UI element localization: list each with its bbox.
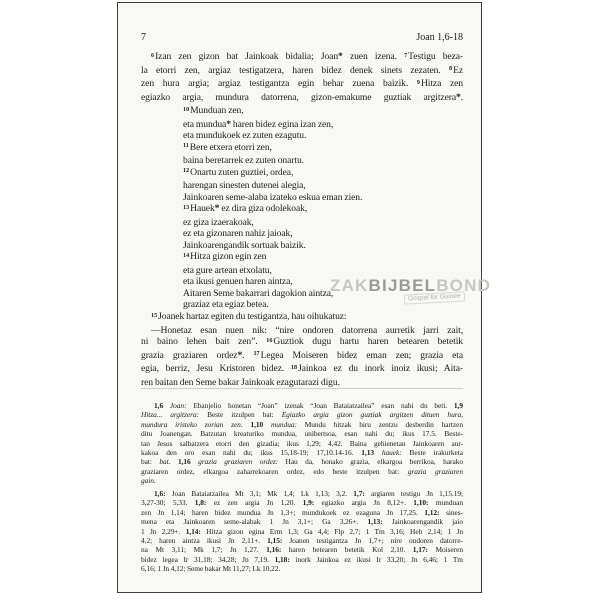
text-line: ni baino lehen bait zen”. 16Guztiok dugu… — [141, 336, 463, 350]
bible-page: ZAKBIJBELBOND Gospel for Guinee 7 Joan 1… — [117, 2, 482, 593]
text-segment: 6,16; 1 Jn 4,12; Seme bakar Mt 11,27; Lk… — [141, 564, 280, 573]
text-line: gain. — [141, 476, 463, 485]
text-segment: egiazko argia, mundura datorrena, gizon-… — [141, 92, 456, 103]
text-line: 12Onartu zuten guztiei, ordea, — [183, 167, 463, 181]
text-line: 1,6 Joan: Ebanjelio honetan “Joan” izena… — [141, 401, 463, 410]
verse-number: 12 — [183, 168, 189, 174]
text-segment: grazia graziaren — [408, 467, 463, 476]
cross-references-block: 1,6: Joan Bataiatzailea Mt 3,1; Mk 1,4; … — [141, 489, 463, 574]
text-segment: eta mundukoek ez zuten ezagutu. — [183, 130, 306, 141]
text-line: Jainkoaren seme-alaba izateko eskua eman… — [183, 192, 463, 204]
text-line: ren baitan den Seme bakar Jainkoak ezagu… — [141, 377, 463, 389]
text-segment: kakoa den oro esan nahi du; ikus 15,18-1… — [141, 448, 361, 457]
verse-number: 17 — [253, 351, 259, 357]
text-segment: eta gure artean etxolatu, — [183, 265, 272, 276]
text-line: tan Jesus salbatzera etorri den gizadia;… — [141, 439, 463, 448]
text-line: 4,2; haren aintza ikusi Jn 2,11+. 1,15: … — [141, 536, 463, 545]
text-segment: munduan — [436, 498, 463, 507]
poetry-block: 10Munduan zen,eta mundua* haren bidez eg… — [141, 105, 463, 311]
text-segment: 1,13: — [367, 517, 391, 526]
text-segment: hauek: — [382, 448, 410, 457]
page-header: 7 Joan 1,6-18 — [141, 32, 463, 43]
text-line: egiazko argia, mundura datorrena, gizon-… — [141, 92, 463, 104]
text-segment: Moiseren — [435, 545, 463, 554]
text-segment: Joanek hartaz egiten du testigantza, hau… — [158, 311, 346, 322]
text-segment: . — [461, 92, 463, 103]
text-line: Jainkoarengandik sortuak baizik. — [183, 240, 463, 252]
text-segment: 1 Jn 2,29+. — [141, 527, 186, 536]
text-line: eta gure artean etxolatu, — [183, 265, 463, 277]
text-segment: Hitza zen — [421, 78, 463, 89]
text-line: zen Jn 1,14; haren bidez mundua Jn 1,3+;… — [141, 508, 463, 517]
page-number: 7 — [141, 32, 146, 43]
text-segment: Onartu zuten guztiei, ordea, — [190, 167, 293, 178]
text-segment: inork Jainkoa ez ikusi Ir 33,20; Jn 6,46… — [295, 555, 463, 564]
verse-number: 16 — [266, 338, 272, 344]
text-segment: 1,16: — [266, 545, 289, 554]
text-segment: 1,15: — [267, 536, 289, 545]
text-segment: Munduan zen, — [190, 105, 243, 116]
text-segment: ez giza izaerakoak, — [183, 217, 254, 228]
text-segment: Hitza gizon egin zen — [190, 251, 266, 262]
text-segment: —Honetaz esan nuen nik: “nire ondoren da… — [151, 325, 463, 336]
text-segment: mena eta Jainkoaren seme-alabak 1 Jn 3,1… — [141, 517, 367, 526]
verse-paragraph-1: 6Izan zen gizon bat Jainkoak bidalia; Jo… — [141, 51, 463, 103]
text-segment: mundua: — [271, 420, 305, 429]
verse-number: 13 — [183, 205, 189, 211]
text-segment: Beste itzulpen bat: — [207, 410, 282, 419]
text-line: na Mt 3,11; Mk 1,7; Jn 1,27. 1,16: haren… — [141, 545, 463, 554]
text-segment: la etorri zen, argiaz testigatzera, hare… — [141, 65, 449, 76]
text-line: harengan sinesten dutenei alegia, — [183, 180, 463, 192]
text-line: ez eta gizonaren nahiz jaioak, — [183, 228, 463, 240]
text-segment: bidez legea Ir 31,18; 34,28; Jn 7,19. — [141, 555, 275, 564]
text-line: —Honetaz esan nuen nik: “nire ondoren da… — [141, 325, 463, 337]
text-segment: Izan zen gizon bat Jainkoak bidalia; Joa… — [155, 51, 338, 62]
text-segment: Beste irakurketa — [410, 448, 463, 457]
text-line: 15Joanek hartaz egiten du testigantza, h… — [141, 311, 463, 325]
text-segment: 1,10 — [250, 420, 271, 429]
verse-number: 15 — [151, 313, 157, 319]
text-line: baina beretarrek ez zuten onartu. — [183, 155, 463, 167]
text-segment: 1,16 — [178, 457, 198, 466]
text-segment: Egiazko argia gizon guztiak argitzen dit… — [282, 410, 463, 419]
text-segment: ez dira giza odolekoak, — [219, 203, 307, 214]
text-segment: Hitza... argitzera: — [141, 410, 207, 419]
text-line: 1 Jn 2,29+. 1,14: Hitza gizon egina Erm … — [141, 527, 463, 536]
text-segment: argiaren testigu Jn 1,15.19; — [371, 489, 463, 498]
text-segment: 4,2; haren aintza ikusi Jn 2,11+. — [141, 536, 267, 545]
text-segment: 1,7: — [353, 489, 371, 498]
footnotes-block: 1,6 Joan: Ebanjelio honetan “Joan” izena… — [141, 401, 463, 486]
text-segment: 1,17: — [413, 545, 436, 554]
text-segment: mundura iristeko zorian zen. — [141, 420, 250, 429]
text-line: mena eta Jainkoaren seme-alabak 1 Jn 3,1… — [141, 517, 463, 526]
text-line: bat: bat. 1,16 grazia graziaren ordez: H… — [141, 457, 463, 466]
text-line: ditu Joanengan. Batzutan kreaturiko mund… — [141, 429, 463, 438]
text-segment: ni baino lehen bait zen”. — [141, 336, 266, 347]
text-segment: Ez — [453, 65, 463, 76]
verse-number: 18 — [291, 365, 297, 371]
text-line: 13Hauek* ez dira giza odolekoak, — [183, 203, 463, 217]
text-segment: . — [242, 350, 253, 361]
text-segment: Bere etxera etorri zen, — [190, 142, 272, 153]
text-segment: graziaz eta egiaz betea. — [183, 299, 269, 310]
text-line: eta mundua* haren bidez egina izan zen, — [183, 119, 463, 131]
verse-number: 10 — [183, 107, 189, 113]
text-segment: 1,6 — [154, 401, 170, 410]
text-segment: Legea Moiseren bidez eman zen; grazia et… — [261, 350, 463, 361]
text-segment: 1,14: — [186, 527, 206, 536]
text-segment: 1,8: — [195, 498, 214, 507]
text-segment: zen hura argia; argiaz testigantza egin … — [141, 78, 417, 89]
text-segment: zen Jn 1,14; haren bidez mundua Jn 1,3+;… — [141, 508, 424, 517]
text-line: Hitza... argitzera: Beste itzulpen bat: … — [141, 410, 463, 419]
text-segment: tan Jesus salbatzera etorri den gizadia;… — [141, 439, 463, 448]
text-segment: bat: — [141, 457, 159, 466]
text-line: Aitaren Seme bakarrari dagokion aintza, — [183, 288, 463, 300]
verse-number: 6 — [151, 53, 154, 59]
text-segment: sines- — [446, 508, 463, 517]
footnote-separator-rule — [141, 388, 463, 389]
text-segment: 1,13 — [361, 448, 382, 457]
text-segment: grazia graziaren ordez: — [198, 457, 285, 466]
text-segment: bat. — [159, 457, 178, 466]
text-line: 14Hitza gizon egin zen — [183, 251, 463, 265]
text-segment: 3,27-30; 5,33. — [141, 498, 195, 507]
text-segment: Aitaren Seme bakarrari dagokion aintza, — [183, 288, 333, 299]
text-segment: Hitza gizon egina Erm 1,3; Ga 4,4; Flp 2… — [206, 527, 463, 536]
verse-number: 9 — [417, 80, 420, 86]
text-line: eta ikusi genuen haren aintza, — [183, 276, 463, 288]
text-line: 10Munduan zen, — [183, 105, 463, 119]
text-segment: ren baitan den Seme bakar Jainkoak ezagu… — [141, 377, 340, 388]
text-segment: ez eta gizonaren nahiz jaioak, — [183, 228, 293, 239]
text-segment: egia, berriz, Jesu Kristoren bidez. — [141, 363, 291, 374]
text-segment: ez zen argia Jn 1,20. — [214, 498, 303, 507]
text-segment: haren betearen betetik Kol 2,10. — [289, 545, 413, 554]
text-segment: Jainkoa ez du inork inoiz ikusi; Aita- — [298, 363, 463, 374]
text-segment: Joan: — [170, 401, 193, 410]
text-segment: baina beretarrek ez zuten onartu. — [183, 155, 304, 166]
text-line: bidez legea Ir 31,18; 34,28; Jn 7,19. 1,… — [141, 555, 463, 564]
text-segment: Joan Bataiatzailea Mt 3,1; Mk 1,4; Lk 1,… — [172, 489, 354, 498]
text-segment: eta ikusi genuen haren aintza, — [183, 276, 293, 287]
text-line: mundura iristeko zorian zen. 1,10 mundua… — [141, 420, 463, 429]
text-segment: Jainkoarengandik sortuak baizik. — [183, 240, 306, 251]
text-segment: gain. — [141, 476, 156, 485]
text-line: graziaren ordez, elkargoa zaharrekoaren … — [141, 467, 463, 476]
text-line: 11Bere etxera etorri zen, — [183, 142, 463, 156]
text-segment: 1,6: — [154, 489, 172, 498]
text-segment: graziaren ordez, elkargoa zaharrekoaren … — [141, 467, 408, 476]
text-line: 6,16; 1 Jn 4,12; Seme bakar Mt 11,27; Lk… — [141, 564, 463, 573]
text-segment: haren bidez egina izan zen, — [231, 119, 333, 130]
text-line: la etorri zen, argiaz testigatzera, hare… — [141, 65, 463, 79]
text-segment: Ebanjelio honetan “Joan” izenak “Joan Ba… — [193, 401, 454, 410]
text-segment: Testigu beza- — [408, 51, 463, 62]
verse-paragraph-2: 15Joanek hartaz egiten du testigantza, h… — [141, 311, 463, 389]
verse-number: 8 — [449, 66, 452, 72]
text-line: grazia graziaren ordez*. 17Legea Moisere… — [141, 350, 463, 364]
running-title: Joan 1,6-18 — [416, 32, 463, 43]
text-segment: eta mundua — [183, 119, 226, 130]
verse-number: 14 — [183, 253, 189, 259]
text-line: kakoa den oro esan nahi du; ikus 15,18-1… — [141, 448, 463, 457]
text-segment: Mundu hitzak hiru zentzu desberdin hartz… — [305, 420, 463, 429]
text-segment: Hau da, honako grazia, elkargoa berrikoa… — [286, 457, 463, 466]
text-segment: 1,12: — [424, 508, 446, 517]
text-line: egia, berriz, Jesu Kristoren bidez. 18Ja… — [141, 363, 463, 377]
text-line: 1,6: Joan Bataiatzailea Mt 3,1; Mk 1,4; … — [141, 489, 463, 498]
text-line: eta mundukoek ez zuten ezagutu. — [183, 130, 463, 142]
text-segment: Jainkoaren seme-alaba izateko eskua eman… — [183, 192, 362, 203]
text-segment: na Mt 3,11; Mk 1,7; Jn 1,27. — [141, 545, 266, 554]
text-segment: 1,9 — [454, 401, 463, 410]
text-segment: grazia graziaren ordez — [141, 350, 237, 361]
text-segment: 1,10: — [413, 498, 436, 507]
text-segment: Jainkoarengandik jaio — [392, 517, 463, 526]
text-segment: 1,9: — [303, 498, 322, 507]
text-segment: Hauek — [190, 203, 215, 214]
text-segment: Guztiok dugu hartu haren betearen beteti… — [273, 336, 463, 347]
verse-number: 7 — [404, 53, 407, 59]
text-segment: harengan sinesten dutenei alegia, — [183, 180, 306, 191]
text-line: zen hura argia; argiaz testigantza egin … — [141, 78, 463, 92]
text-line: ez giza izaerakoak, — [183, 217, 463, 229]
text-segment: 1,18: — [275, 555, 296, 564]
text-segment: zuen izena. — [343, 51, 404, 62]
text-line: 6Izan zen gizon bat Jainkoak bidalia; Jo… — [141, 51, 463, 65]
text-segment: ditu Joanengan. Batzutan kreaturiko mund… — [141, 429, 463, 438]
text-segment: egiazko argia Jn 8,12+. — [322, 498, 414, 507]
text-line: 3,27-30; 5,33. 1,8: ez zen argia Jn 1,20… — [141, 498, 463, 507]
text-line: graziaz eta egiaz betea. — [183, 299, 463, 311]
text-segment: Joanen testigantza Jn 1,7+; nire ondoren… — [289, 536, 463, 545]
verse-number: 11 — [183, 143, 189, 149]
